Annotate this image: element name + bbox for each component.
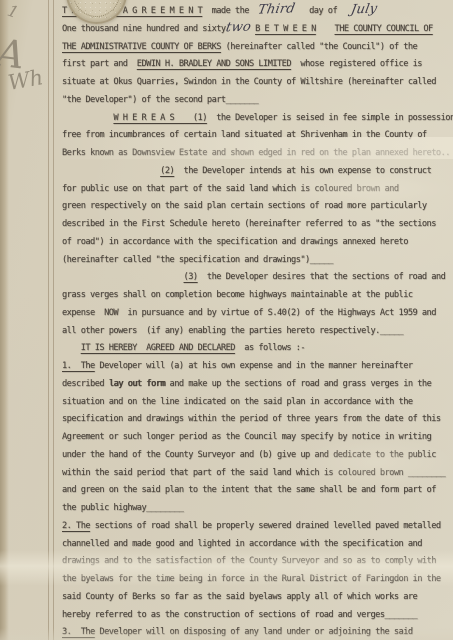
typed-line: specification and drawings within the pe… [62,411,452,429]
text-run: said County of Berks so far as the said … [62,592,417,602]
underlined-text-run: 1. The [62,361,95,371]
typed-line: first part and EDWIN H. BRADLEY AND SONS… [62,56,452,74]
scanned-agreement-page: 1 A Wh T H I S A G R E E M E N T made th… [0,0,453,640]
underlined-text-run: 3. The [62,627,95,637]
typed-line: for public use on that part of the said … [62,181,452,199]
text-run: expense NOW in pursuance and by virtue o… [62,308,436,318]
text-run: Developer will (a) at his own expense an… [95,361,413,371]
typed-line: of road") in accordance with the specifi… [62,234,452,252]
typed-line: IT IS HEREBY AGREED AND DECLARED as foll… [62,340,452,358]
underlined-text-run: IT IS HEREBY AGREED AND DECLARED [81,343,235,353]
text-run: made the [202,6,258,16]
text-run: the Developer intends at his own expense… [174,166,431,176]
text-run: for public use on that part of the said … [62,184,399,194]
text-run: situation and on the line indicated on t… [62,397,413,407]
stamp-inner-ring [73,0,120,17]
text-run [316,24,335,34]
typed-line: under the hand of the County Surveyor an… [62,447,452,465]
text-run: as follows :- [235,343,305,353]
text-run: situate at Okus Quarries, Swindon in the… [62,77,436,87]
text-run: first part and [62,59,137,69]
text-run: green respectively on the said plan cert… [62,201,427,211]
typed-line: situate at Okus Quarries, Swindon in the… [62,74,452,92]
typed-line: all other powers (if any) enabling the p… [62,323,452,341]
typed-line: W H E R E A S (1) the Developer is seise… [62,110,452,128]
typed-line: (hereinafter called "the specification a… [62,252,452,270]
underlined-text-run: W H E R E A S (1) [113,113,206,123]
typed-line: grass verges shall on completion become … [62,287,452,305]
typed-line: 3. The Developer will on disposing of an… [62,624,452,640]
handwritten-word: July [351,10,377,11]
typed-line: Berks known as Downsview Estate and show… [62,145,452,163]
text-run: specification and drawings within the pe… [62,414,441,424]
text-run: grass verges shall on completion become … [62,290,413,300]
typed-line: and green on the said plan to the intent… [62,482,452,500]
text-run: Developer will on disposing of any land … [95,627,413,637]
text-run: described [62,379,109,389]
text-run: "the Developer") of the second part_____… [62,95,258,105]
text-run: the byelaws for the time being in force … [62,574,441,584]
typed-text-block: T H I S A G R E E M E N T made the Third… [62,3,452,640]
text-run [62,272,184,282]
underlined-text-run: EDWIN H. BRADLEY AND SONS LIMITED [137,59,291,69]
text-run: the Developer is seised in fee simple in… [207,113,453,123]
text-run [62,166,160,176]
text-run [62,113,113,123]
text-run [62,343,81,353]
typed-line: One thousand nine hundred and sixtytwo B… [62,21,452,39]
typed-line: "the Developer") of the second part_____… [62,92,452,110]
typed-line: green respectively on the said plan cert… [62,198,452,216]
text-run: Agreement or such longer period as the C… [62,432,431,442]
underlined-text-run: THE COUNTY COUNCIL OF [335,24,433,34]
typed-line: situation and on the line indicated on t… [62,394,452,412]
typed-line: the byelaws for the time being in force … [62,571,452,589]
typed-line: 1. The Developer will (a) at his own exp… [62,358,452,376]
text-run: free from incumbrances of certain land s… [62,130,427,140]
text-run: under the hand of the County Surveyor an… [62,450,436,460]
handwritten-word: two [226,27,251,28]
typed-line: hereby referred to as the construction o… [62,607,452,625]
margin-rule-line-outer [48,0,49,640]
scan-edge-shadow [0,0,9,640]
handwritten-word: Third [258,9,295,10]
text-run: the Developer desires that the sections … [198,272,446,282]
text-run: the public highway________ [62,503,184,513]
typed-line: THE ADMINISTRATIVE COUNTY OF BERKS (here… [62,39,452,57]
underlined-text-run: 2. The [62,521,90,531]
text-run: hereby referred to as the construction o… [62,610,417,620]
typed-line: drawings and to the satisfaction of the … [62,553,452,571]
margin-rule-line-inner [53,0,54,640]
text-run: drawings and to the satisfaction of the … [62,556,436,566]
typed-line: described in the First Schedule hereto (… [62,216,452,234]
typed-line: free from incumbrances of certain land s… [62,127,452,145]
typed-line: expense NOW in pursuance and by virtue o… [62,305,452,323]
typed-line: described lay out form and make up the s… [62,376,452,394]
text-run: whose registered office is [291,59,422,69]
text-run: described in the First Schedule hereto (… [62,219,436,229]
underlined-text-run: (2) [160,166,174,176]
underlined-text-run: (3) [184,272,198,282]
text-run: sections of road shall be properly sewer… [90,521,441,531]
text-run: (hereinafter called "the specification a… [62,255,333,265]
text-run: within the said period that part of the … [62,468,445,478]
typed-line: (2) the Developer intends at his own exp… [62,163,452,181]
underlined-text-run: THE ADMINISTRATIVE COUNTY OF BERKS [62,42,221,52]
text-run: and make up the sections of road and gra… [165,379,431,389]
typed-line: within the said period that part of the … [62,465,452,483]
typed-line: said County of Berks so far as the said … [62,589,452,607]
typed-line: (3) the Developer desires that the secti… [62,269,452,287]
typed-line: 2. The sections of road shall be properl… [62,518,452,536]
text-run: lay out form [109,379,165,389]
underlined-text-run: B E T W E E N [255,24,316,34]
pencil-initials: Wh [6,65,45,95]
text-run: day of [295,6,351,16]
text-run: of road") in accordance with the specifi… [62,237,408,247]
typed-line: channelled and made good and lighted in … [62,536,452,554]
text-run: channelled and made good and lighted in … [62,539,422,549]
text-run: and green on the said plan to the intent… [62,485,436,495]
typed-line: the public highway________ [62,500,452,518]
text-run: (hereinafter called "the Council") of th… [221,42,417,52]
text-run: all other powers (if any) enabling the p… [62,326,403,336]
text-run: Berks known as Downsview Estate and show… [62,148,450,158]
typed-line: Agreement or such longer period as the C… [62,429,452,447]
text-run: One thousand nine hundred and sixty [62,24,226,34]
